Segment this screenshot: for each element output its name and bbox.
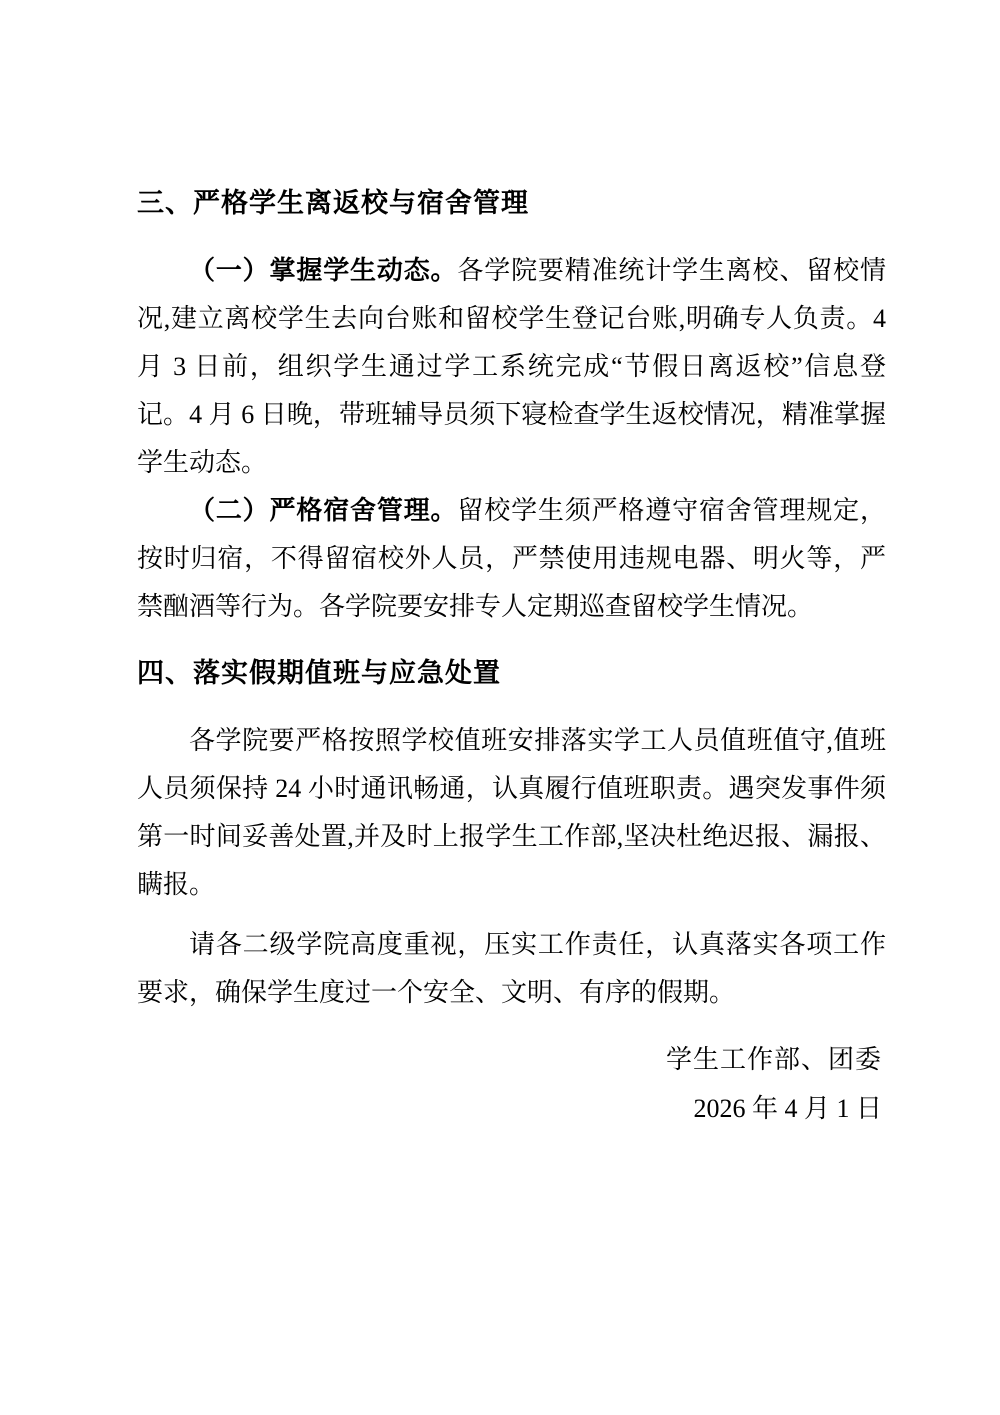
document-page: 三、严格学生离返校与宿舍管理（一）掌握学生动态。各学院要精准统计学生离校、留校情…	[0, 0, 1000, 1415]
para-closing: 请各二级学院高度重视，压实工作责任，认真落实各项工作要求，确保学生度过一个安全、…	[137, 921, 886, 1017]
para-4-1: 各学院要严格按照学校值班安排落实学工人员值班值守,值班人员须保持 24 小时通讯…	[137, 717, 886, 909]
heading-section-4: 四、落实假期值班与应急处置	[137, 655, 886, 691]
para-3-1-lead: （一）掌握学生动态。	[189, 256, 457, 285]
heading-section-3: 三、严格学生离返校与宿舍管理	[137, 185, 886, 221]
heading-section-3-text: 三、严格学生离返校与宿舍管理	[137, 188, 529, 218]
signature-org: 学生工作部、团委	[137, 1036, 882, 1084]
para-3-1: （一）掌握学生动态。各学院要精准统计学生离校、留校情况,建立离校学生去向台账和留…	[137, 247, 886, 487]
para-3-1-text: 各学院要精准统计学生离校、留校情况,建立离校学生去向台账和留校学生登记台账,明确…	[137, 256, 886, 477]
heading-section-4-text: 四、落实假期值班与应急处置	[137, 658, 501, 688]
para-closing-text: 请各二级学院高度重视，压实工作责任，认真落实各项工作要求，确保学生度过一个安全、…	[137, 930, 886, 1007]
para-4-1-text: 各学院要严格按照学校值班安排落实学工人员值班值守,值班人员须保持 24 小时通讯…	[137, 726, 886, 899]
para-3-2: （二）严格宿舍管理。留校学生须严格遵守宿舍管理规定，按时归宿，不得留宿校外人员，…	[137, 487, 886, 631]
signature-block: 学生工作部、团委 2026 年 4 月 1 日	[137, 1036, 886, 1134]
document-body: 三、严格学生离返校与宿舍管理（一）掌握学生动态。各学院要精准统计学生离校、留校情…	[137, 185, 886, 1017]
para-3-2-lead: （二）严格宿舍管理。	[189, 496, 457, 525]
signature-date: 2026 年 4 月 1 日	[137, 1084, 882, 1134]
